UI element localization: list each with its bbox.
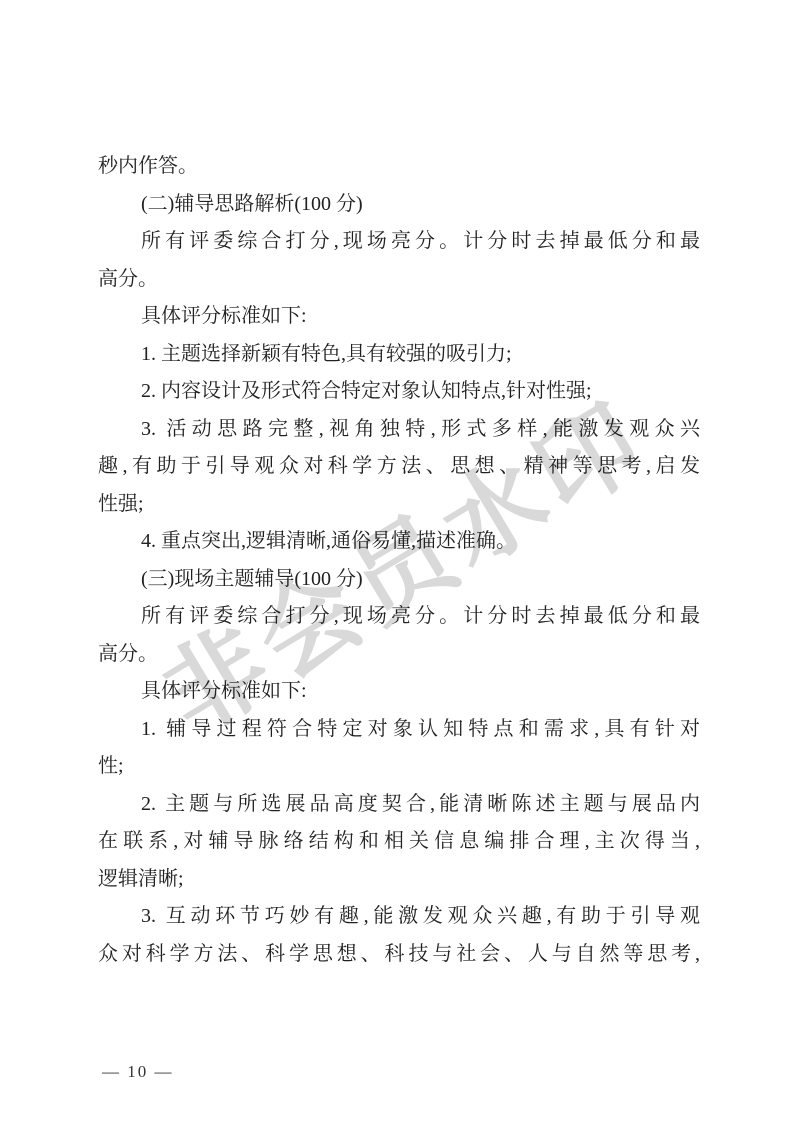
document-line: 高分。 bbox=[98, 636, 700, 674]
document-line: 逻辑清晰; bbox=[98, 861, 700, 899]
document-line: 1. 主题选择新颖有特色,具有较强的吸引力; bbox=[98, 336, 700, 374]
document-line: 3. 活动思路完整,视角独特,形式多样,能激发观众兴 bbox=[98, 411, 700, 449]
document-body: 秒内作答。(二)辅导思路解析(100 分)所有评委综合打分,现场亮分。计分时去掉… bbox=[98, 148, 700, 973]
document-line: 具体评分标准如下: bbox=[98, 673, 700, 711]
document-line: 在联系,对辅导脉络结构和相关信息编排合理,主次得当, bbox=[98, 823, 700, 861]
document-line: 高分。 bbox=[98, 261, 700, 299]
document-line: 所有评委综合打分,现场亮分。计分时去掉最低分和最 bbox=[98, 598, 700, 636]
page-number: — 10 — bbox=[102, 1061, 174, 1083]
document-line: 2. 主题与所选展品高度契合,能清晰陈述主题与展品内 bbox=[98, 786, 700, 824]
document-line: 性; bbox=[98, 748, 700, 786]
document-line: 1. 辅导过程符合特定对象认知特点和需求,具有针对 bbox=[98, 711, 700, 749]
document-page: 非会员水印 秒内作答。(二)辅导思路解析(100 分)所有评委综合打分,现场亮分… bbox=[0, 0, 794, 1122]
document-line: 秒内作答。 bbox=[98, 148, 700, 186]
document-line: 2. 内容设计及形式符合特定对象认知特点,针对性强; bbox=[98, 373, 700, 411]
document-line: (二)辅导思路解析(100 分) bbox=[98, 186, 700, 224]
document-line: 性强; bbox=[98, 486, 700, 524]
document-line: (三)现场主题辅导(100 分) bbox=[98, 561, 700, 599]
document-line: 趣,有助于引导观众对科学方法、思想、精神等思考,启发 bbox=[98, 448, 700, 486]
document-line: 所有评委综合打分,现场亮分。计分时去掉最低分和最 bbox=[98, 223, 700, 261]
document-line: 4. 重点突出,逻辑清晰,通俗易懂,描述准确。 bbox=[98, 523, 700, 561]
document-line: 具体评分标准如下: bbox=[98, 298, 700, 336]
document-line: 3. 互动环节巧妙有趣,能激发观众兴趣,有助于引导观 bbox=[98, 898, 700, 936]
document-line: 众对科学方法、科学思想、科技与社会、人与自然等思考, bbox=[98, 936, 700, 974]
